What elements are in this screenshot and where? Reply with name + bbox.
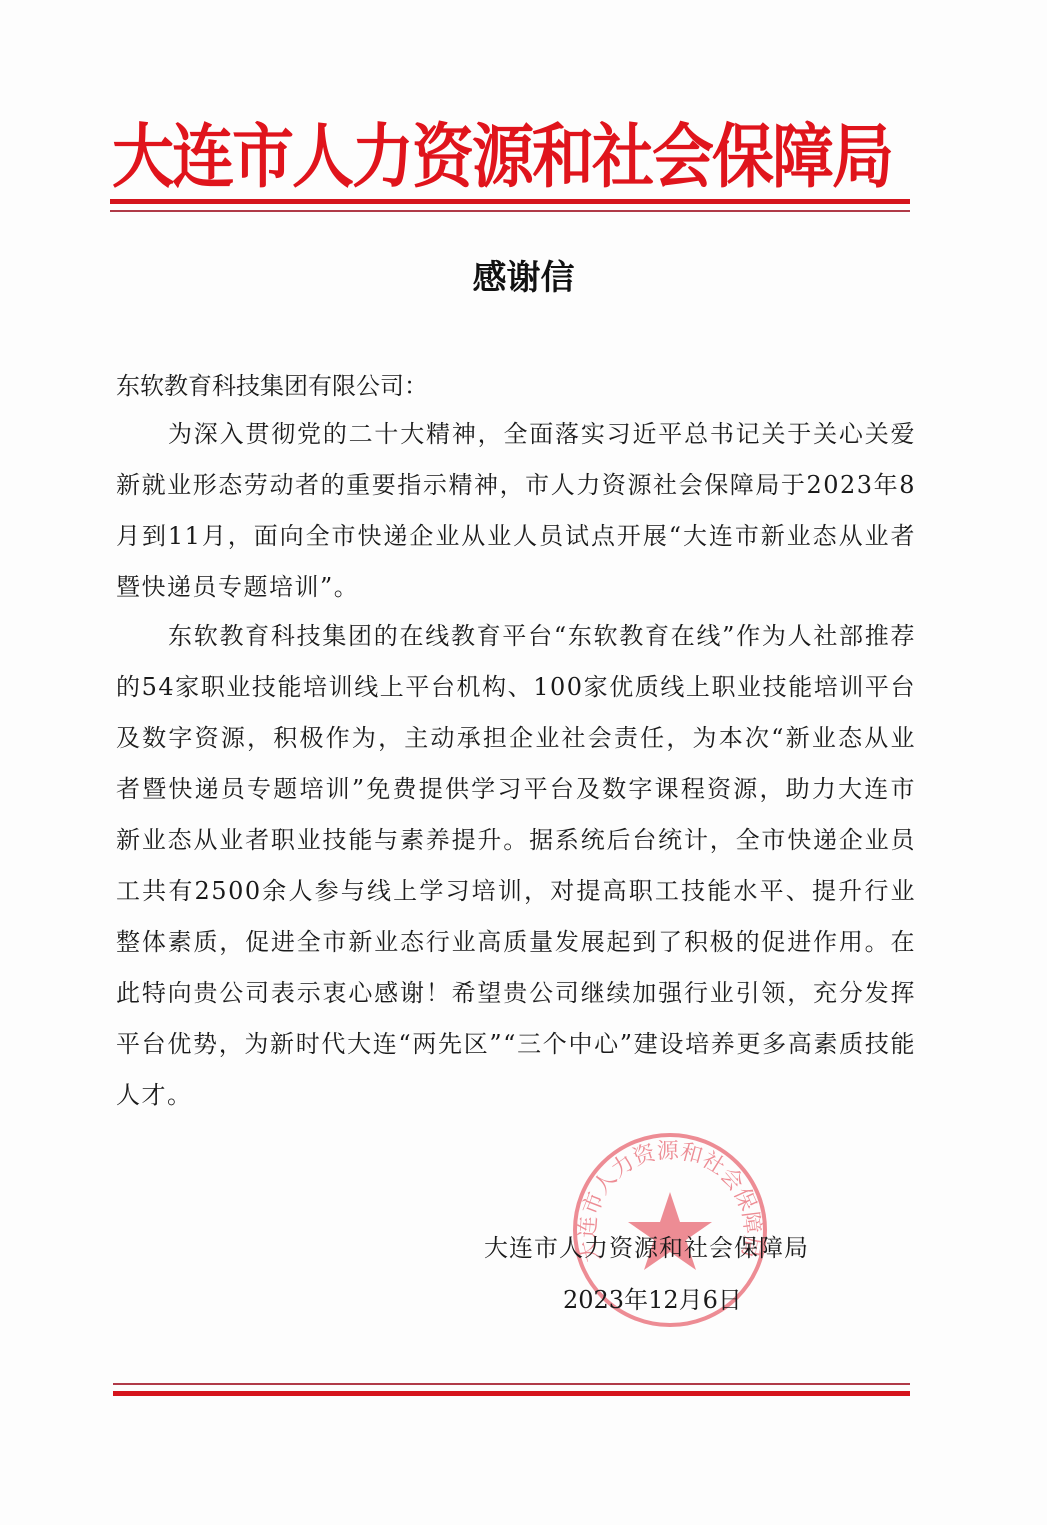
body-paragraph-2: 东软教育科技集团的在线教育平台“东软教育在线”作为人社部推荐的54家职业技能培训… xyxy=(116,611,916,1121)
body-paragraph-1: 为深入贯彻党的二十大精神，全面落实习近平总书记关于关心关爱新就业形态劳动者的重要… xyxy=(116,409,916,613)
document-title: 感谢信 xyxy=(0,250,1047,299)
salutation: 东软教育科技集团有限公司： xyxy=(116,366,428,401)
letterhead-rule-thick xyxy=(110,199,910,204)
letterhead-rule-thin xyxy=(110,210,910,212)
letterhead-title: 大连市人力资源和社会保障局 xyxy=(112,112,912,202)
footer-rule-thin xyxy=(113,1383,910,1385)
signature-organization: 大连市人力资源和社会保障局 xyxy=(484,1228,809,1263)
signature-date: 2023年12月6日 xyxy=(563,1280,742,1315)
footer-rule-thick xyxy=(113,1391,910,1396)
